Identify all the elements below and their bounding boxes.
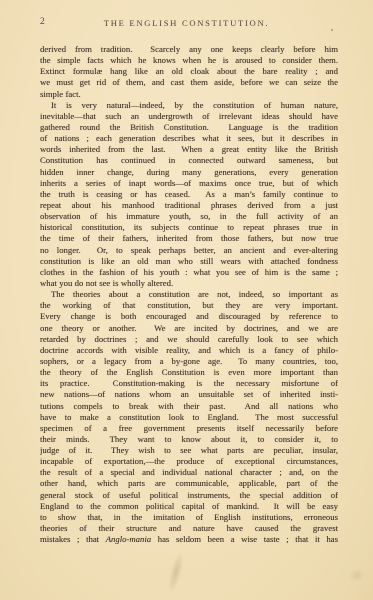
- text-line: the working of that constitution, but th…: [40, 300, 338, 311]
- running-head: THE ENGLISH CONSTITUTION.: [0, 18, 373, 28]
- text-line: the time of their fathers, inherited fro…: [40, 233, 338, 244]
- text-line: incapable of exportation,—the produce of…: [40, 456, 338, 467]
- text-line: Extinct formulæ hang like an old cloak a…: [40, 66, 338, 77]
- text-line: inevitable—that such an undergrowth of i…: [40, 111, 338, 122]
- text-line: observation of his immature youth, so, i…: [40, 211, 338, 222]
- text-line: their minds. They want to know about it,…: [40, 434, 338, 445]
- text-line: derived from tradition. Scarcely any one…: [40, 44, 338, 55]
- text-line: of nations ; each generation describes w…: [40, 133, 338, 144]
- text-line: hidden inner change, during many generat…: [40, 167, 338, 178]
- text-line: clothes in the fashion of his youth : wh…: [40, 267, 338, 278]
- text-line: new nations—of nations whom an unsuitabl…: [40, 389, 338, 400]
- text-line: Constitution has continued in connected …: [40, 155, 338, 166]
- text-line: repeat about his manhood traditional phr…: [40, 200, 338, 211]
- text-line: historical constitution, its subjects co…: [40, 222, 338, 233]
- text-line: simple fact.: [40, 89, 338, 100]
- text-line: other hand, which parts are communicable…: [40, 478, 338, 489]
- text-line: doctrine accords with visible reality, a…: [40, 345, 338, 356]
- text-line: have to make a constitution look to Engl…: [40, 412, 338, 423]
- text-line: England to the common political capital …: [40, 501, 338, 512]
- text-line: specimen of a free government presents i…: [40, 423, 338, 434]
- scan-artifact-smudge: [348, 568, 366, 582]
- text-line: its practice. Constitution-making is the…: [40, 378, 338, 389]
- scan-artifact-dot: [331, 29, 333, 31]
- text-line: theories of their structure and nature h…: [40, 523, 338, 534]
- text-line: inherits a series of inapt words—of maxi…: [40, 178, 338, 189]
- text-line: the simple facts which he knows when he …: [40, 55, 338, 66]
- text-line: we must get rid of them, and cast them a…: [40, 77, 338, 88]
- text-line: retarded by doctrines ; and we should ca…: [40, 334, 338, 345]
- text-line: The theories about a constitution are no…: [40, 289, 338, 300]
- book-page-scan: 2 THE ENGLISH CONSTITUTION. derived from…: [0, 0, 373, 600]
- text-line: one theory or another. We are incited by…: [40, 323, 338, 334]
- text-line: no longer. Or, to speak perhaps better, …: [40, 245, 338, 256]
- text-line: mistakes ; that Anglo-mania has seldom b…: [40, 534, 338, 545]
- page-body: derived from tradition. Scarcely any one…: [40, 44, 338, 545]
- text-line: Every change is both encouraged and disc…: [40, 311, 338, 322]
- text-line: general stock of useful political instru…: [40, 490, 338, 501]
- text-line: what you do not see is wholly altered.: [40, 278, 338, 289]
- scan-artifact-smudge: [165, 549, 187, 595]
- text-line: sophers, or a legacy from a by-gone age.…: [40, 356, 338, 367]
- text-line: gathered round the British Constitution.…: [40, 122, 338, 133]
- text-line: the truth is ceasing or has ceased. As a…: [40, 189, 338, 200]
- text-line: judge of it. They wish to see what parts…: [40, 445, 338, 456]
- text-line: tutions compels to break with their past…: [40, 401, 338, 412]
- text-line: to show that, in the imitation of Englis…: [40, 512, 338, 523]
- text-line: the result of a special and individual n…: [40, 467, 338, 478]
- text-line: words inherited from the last. When a gr…: [40, 144, 338, 155]
- text-line: It is very natural—indeed, by the consti…: [40, 100, 338, 111]
- text-line: the theory of the English Constitution i…: [40, 367, 338, 378]
- text-line: constitution is like an old man who stil…: [40, 256, 338, 267]
